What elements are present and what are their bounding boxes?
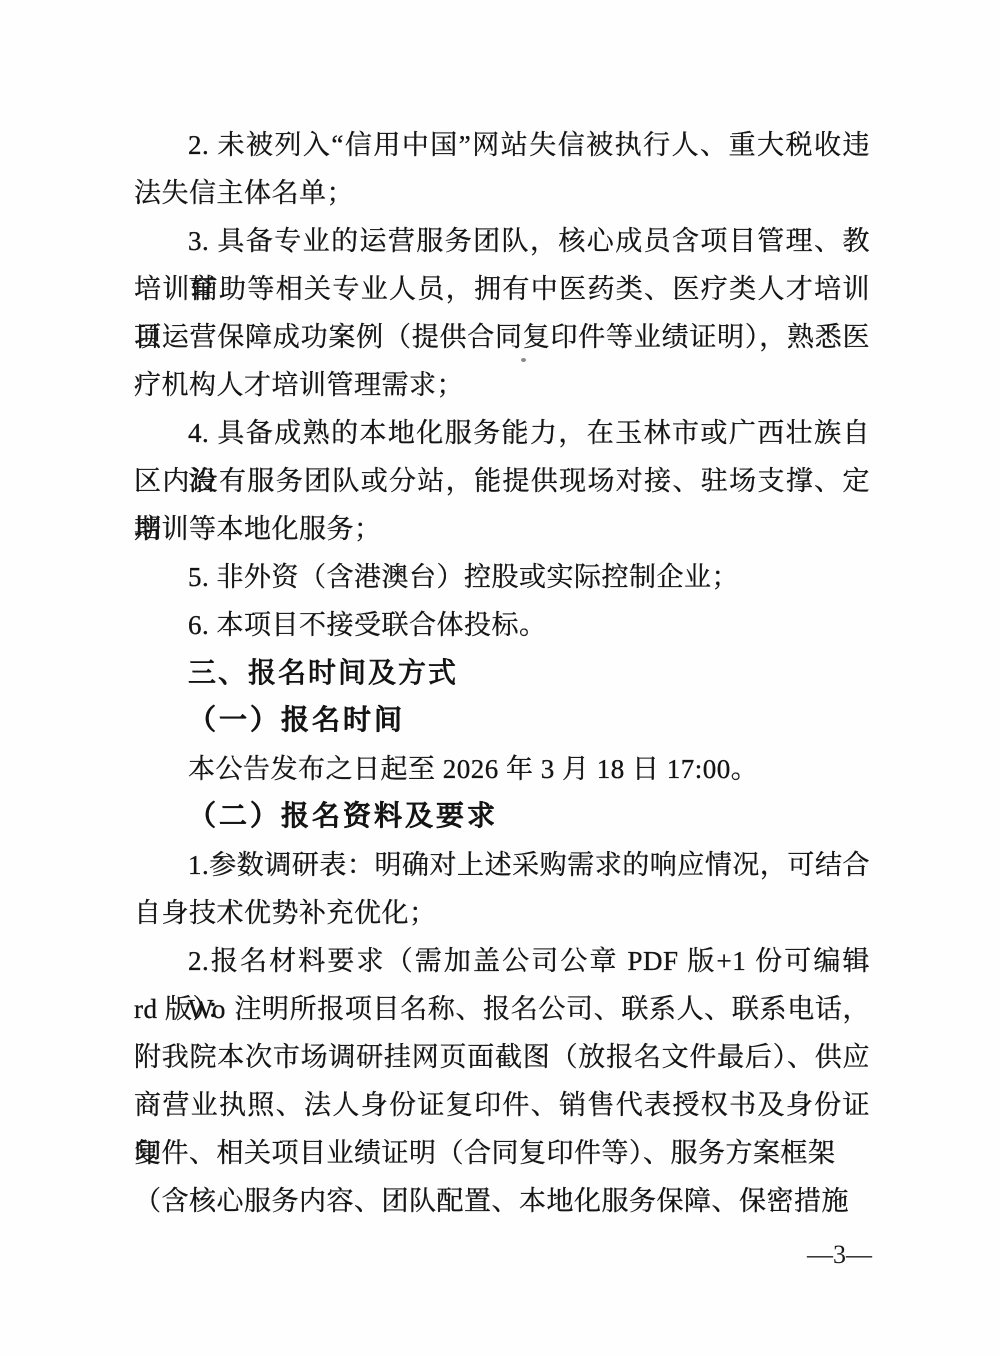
- text-line: 2.报名材料要求（需加盖公司公章 PDF 版+1 份可编辑 Wo: [134, 937, 870, 985]
- text-line: 三、报名时间及方式: [134, 649, 870, 697]
- text-line: 附我院本次市场调研挂网页面截图（放报名文件最后）、供应: [134, 1033, 870, 1081]
- document-page: 2. 未被列入“信用中国”网站失信被执行人、重大税收违法失信主体名单；3. 具备…: [0, 0, 1000, 1356]
- text-line: （二）报名资料及要求: [134, 793, 870, 841]
- text-line: （含核心服务内容、团队配置、本地化服务保障、保密措施: [134, 1177, 870, 1225]
- text-line: 自身技术优势补充优化；: [134, 889, 870, 937]
- text-line: 疗机构人才培训管理需求；: [134, 361, 870, 409]
- text-line: 1.参数调研表：明确对上述采购需求的响应情况，可结合: [134, 841, 870, 889]
- text-line: （一）报名时间: [134, 697, 870, 745]
- text-line: 印件、相关项目业绩证明（合同复印件等）、服务方案框架: [134, 1129, 870, 1177]
- text-line: 6. 本项目不接受联合体投标。: [134, 601, 870, 649]
- text-line: 4. 具备成熟的本地化服务能力，在玉林市或广西壮族自治: [134, 409, 870, 457]
- document-body: 2. 未被列入“信用中国”网站失信被执行人、重大税收违法失信主体名单；3. 具备…: [134, 121, 870, 1225]
- text-line: 培训辅助等相关专业人员，拥有中医药类、医疗类人才培训项: [134, 265, 870, 313]
- text-line: rd 版）：注明所报项目名称、报名公司、联系人、联系电话，: [134, 985, 870, 1033]
- text-line: 培训等本地化服务；: [134, 505, 870, 553]
- text-line: 2. 未被列入“信用中国”网站失信被执行人、重大税收违: [134, 121, 870, 169]
- text-line: 目运营保障成功案例（提供合同复印件等业绩证明），熟悉医: [134, 313, 870, 361]
- text-line: 3. 具备专业的运营服务团队，核心成员含项目管理、教育: [134, 217, 870, 265]
- text-line: 本公告发布之日起至 2026 年 3 月 18 日 17:00。: [134, 745, 870, 793]
- scan-speck: [521, 358, 526, 362]
- text-line: 商营业执照、法人身份证复印件、销售代表授权书及身份证复: [134, 1081, 870, 1129]
- page-number: —3—: [807, 1238, 872, 1272]
- text-line: 法失信主体名单；: [134, 169, 870, 217]
- text-line: 区内设有服务团队或分站，能提供现场对接、驻场支撑、定期: [134, 457, 870, 505]
- text-line: 5. 非外资（含港澳台）控股或实际控制企业；: [134, 553, 870, 601]
